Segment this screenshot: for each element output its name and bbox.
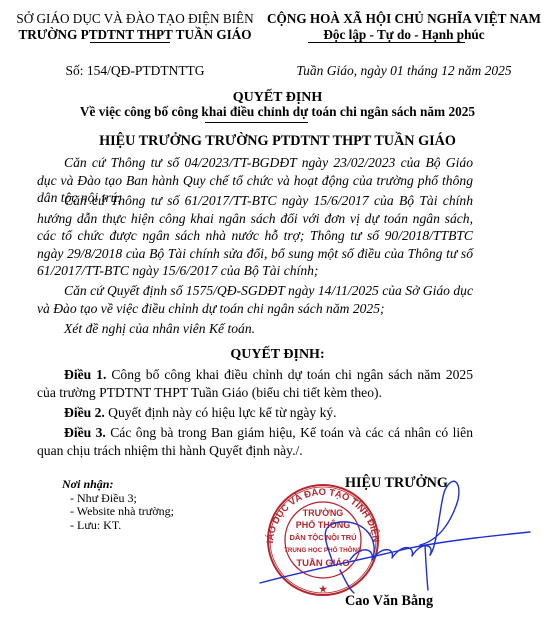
signer-name: Cao Văn Bằng (345, 593, 433, 610)
handwritten-signature (0, 0, 555, 619)
